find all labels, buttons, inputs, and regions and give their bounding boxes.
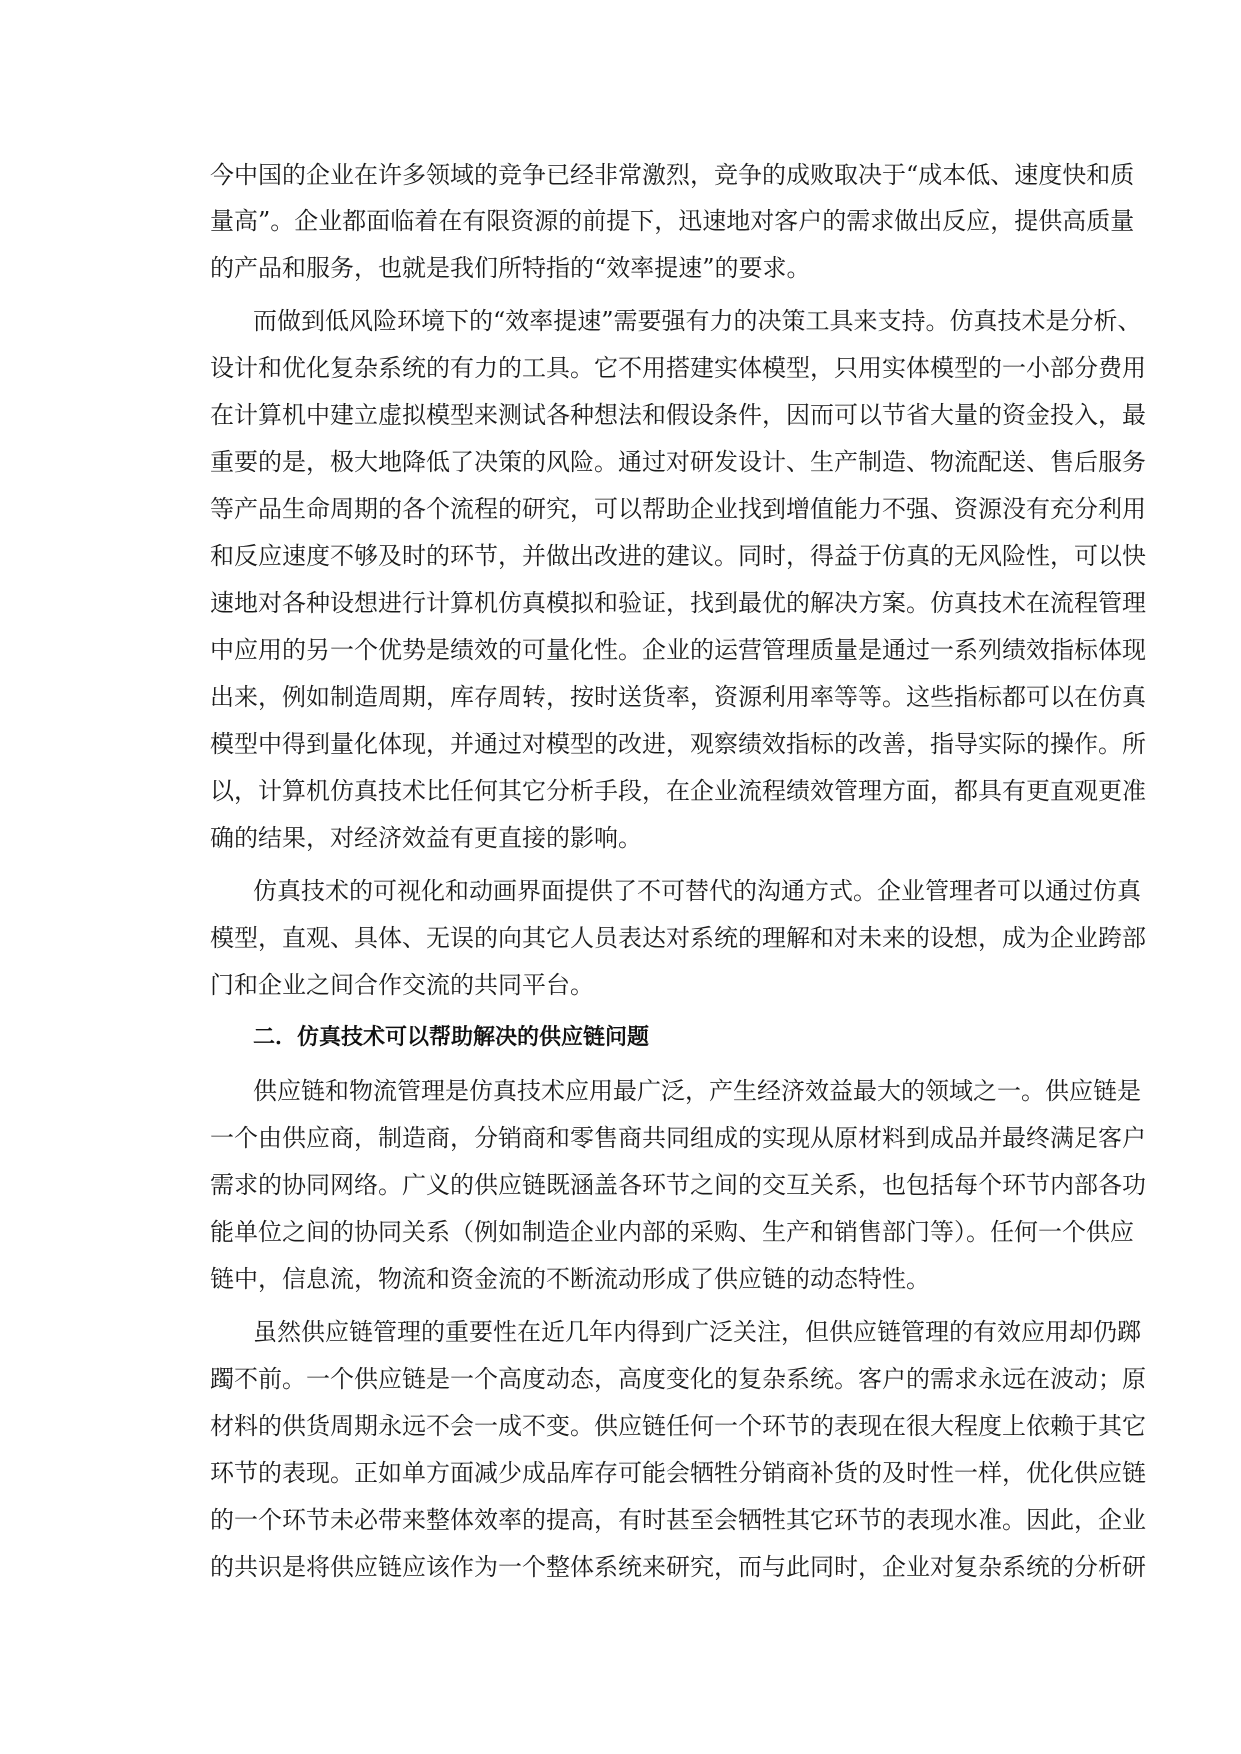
text-line: 以，计算机仿真技术比任何其它分析手段，在企业流程绩效管理方面，都具有更直观更准: [210, 771, 1050, 811]
text-line: 重要的是，极大地降低了决策的风险。通过对研发设计、生产制造、物流配送、售后服务: [210, 442, 1050, 482]
text-line: 在计算机中建立虚拟模型来测试各种想法和假设条件，因而可以节省大量的资金投入，最: [210, 395, 1050, 435]
text-line: 门和企业之间合作交流的共同平台。: [210, 965, 1050, 1005]
text-line: 速地对各种设想进行计算机仿真模拟和验证，找到最优的解决方案。仿真技术在流程管理: [210, 583, 1050, 623]
text-line: 确的结果，对经济效益有更直接的影响。: [210, 818, 1050, 858]
document-page: 今中国的企业在许多领域的竞争已经非常激烈，竞争的成败取决于“成本低、速度快和质 …: [0, 0, 1241, 1754]
text-line: 的产品和服务，也就是我们所特指的“效率提速”的要求。: [210, 248, 1050, 288]
text-line: 等产品生命周期的各个流程的研究，可以帮助企业找到增值能力不强、资源没有充分利用: [210, 489, 1050, 529]
text-line: 材料的供货周期永远不会一成不变。供应链任何一个环节的表现在很大程度上依赖于其它: [210, 1406, 1050, 1446]
text-line: 一个由供应商，制造商，分销商和零售商共同组成的实现从原材料到成品并最终满足客户: [210, 1118, 1050, 1158]
text-line: 链中，信息流，物流和资金流的不断流动形成了供应链的动态特性。: [210, 1259, 1050, 1299]
text-line: 模型，直观、具体、无误的向其它人员表达对系统的理解和对未来的设想，成为企业跨部: [210, 918, 1050, 958]
text-line: 出来，例如制造周期，库存周转，按时送货率，资源利用率等等。这些指标都可以在仿真: [210, 677, 1050, 717]
text-line: 环节的表现。正如单方面减少成品库存可能会牺牲分销商补货的及时性一样，优化供应链: [210, 1453, 1050, 1493]
section-heading: 二．仿真技术可以帮助解决的供应链问题: [253, 1018, 649, 1058]
text-line: 设计和优化复杂系统的有力的工具。它不用搭建实体模型，只用实体模型的一小部分费用: [210, 348, 1050, 388]
text-line: 的一个环节未必带来整体效率的提高，有时甚至会牺牲其它环节的表现水准。因此，企业: [210, 1500, 1050, 1540]
text-line: 仿真技术的可视化和动画界面提供了不可替代的沟通方式。企业管理者可以通过仿真: [253, 871, 1050, 911]
text-line: 而做到低风险环境下的“效率提速”需要强有力的决策工具来支持。仿真技术是分析、: [253, 301, 1050, 341]
text-line: 需求的协同网络。广义的供应链既涵盖各环节之间的交互关系，也包括每个环节内部各功: [210, 1165, 1050, 1205]
text-line: 今中国的企业在许多领域的竞争已经非常激烈，竞争的成败取决于“成本低、速度快和质: [210, 155, 1050, 195]
text-line: 的共识是将供应链应该作为一个整体系统来研究，而与此同时，企业对复杂系统的分析研: [210, 1547, 1050, 1587]
text-line: 中应用的另一个优势是绩效的可量化性。企业的运营管理质量是通过一系列绩效指标体现: [210, 630, 1050, 670]
text-line: 躅不前。一个供应链是一个高度动态，高度变化的复杂系统。客户的需求永远在波动；原: [210, 1359, 1050, 1399]
text-line: 虽然供应链管理的重要性在近几年内得到广泛关注，但供应链管理的有效应用却仍踯: [253, 1312, 1050, 1352]
text-line: 供应链和物流管理是仿真技术应用最广泛，产生经济效益最大的领域之一。供应链是: [253, 1071, 1050, 1111]
text-line: 量高”。企业都面临着在有限资源的前提下，迅速地对客户的需求做出反应，提供高质量: [210, 201, 1050, 241]
text-line: 模型中得到量化体现，并通过对模型的改进，观察绩效指标的改善，指导实际的操作。所: [210, 724, 1050, 764]
text-line: 和反应速度不够及时的环节，并做出改进的建议。同时，得益于仿真的无风险性，可以快: [210, 536, 1050, 576]
text-line: 能单位之间的协同关系（例如制造企业内部的采购、生产和销售部门等）。任何一个供应: [210, 1212, 1050, 1252]
